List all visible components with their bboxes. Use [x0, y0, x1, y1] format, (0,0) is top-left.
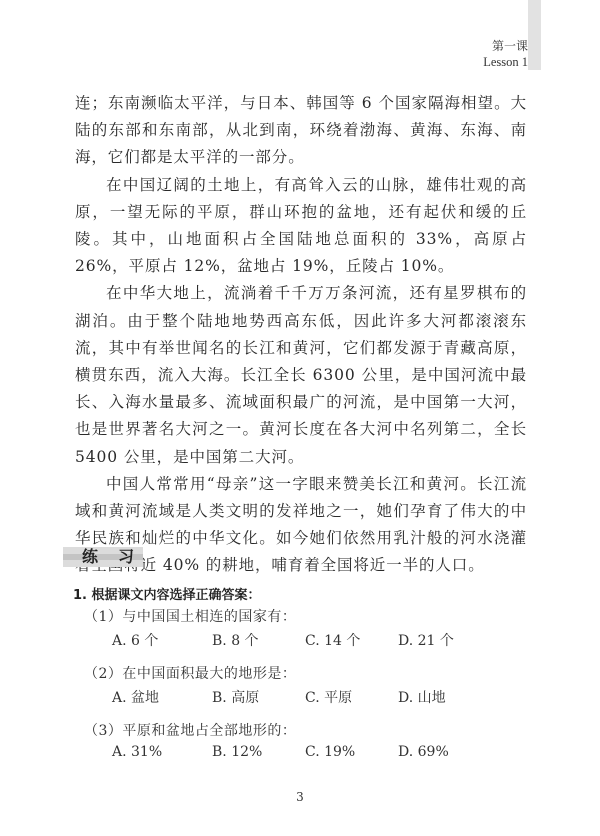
- option-a: A. 盆地: [112, 687, 159, 707]
- sub-question-1: （1）与中国国土相连的国家有：: [84, 606, 296, 626]
- option-d: D. 69%: [398, 744, 449, 760]
- paragraph: 在中华大地上，流淌着千千万万条河流，还有星罗棋布的湖泊。由于整个陆地地势西高东低…: [75, 280, 527, 470]
- lesson-title-en: Lesson 1: [483, 54, 528, 70]
- chapter-side-tab: [528, 0, 541, 70]
- sub-question-2: （2）在中国面积最大的地形是：: [84, 663, 296, 683]
- question-1: 1. 根据课文内容选择正确答案：: [73, 584, 261, 603]
- lesson-title-cn: 第一课: [483, 38, 528, 54]
- running-header: 第一课 Lesson 1: [483, 38, 528, 70]
- sub-question-3: （3）平原和盆地占全部地形的：: [84, 720, 296, 740]
- option-b: B. 8 个: [212, 630, 259, 650]
- page-number: 3: [0, 790, 600, 804]
- option-d: D. 21 个: [398, 630, 454, 650]
- option-a: A. 31%: [112, 744, 162, 760]
- option-c: C. 19%: [305, 744, 355, 760]
- paragraph: 在中国辽阔的土地上，有高耸入云的山脉，雄伟壮观的高原，一望无际的平原，群山环抱的…: [75, 172, 527, 281]
- option-c: C. 平原: [305, 687, 352, 707]
- question-number: 1.: [73, 588, 87, 603]
- section-heading-exercises: 练习: [82, 546, 154, 568]
- paragraph: 连；东南濒临太平洋，与日本、韩国等 6 个国家隔海相望。大陆的东部和东南部，从北…: [75, 90, 527, 172]
- option-d: D. 山地: [398, 687, 446, 707]
- question-prompt: 根据课文内容选择正确答案：: [92, 588, 261, 603]
- option-b: B. 12%: [212, 744, 262, 760]
- option-b: B. 高原: [212, 687, 259, 707]
- option-c: C. 14 个: [305, 630, 360, 650]
- option-a: A. 6 个: [112, 630, 158, 650]
- lesson-text: 连；东南濒临太平洋，与日本、韩国等 6 个国家隔海相望。大陆的东部和东南部，从北…: [75, 90, 527, 580]
